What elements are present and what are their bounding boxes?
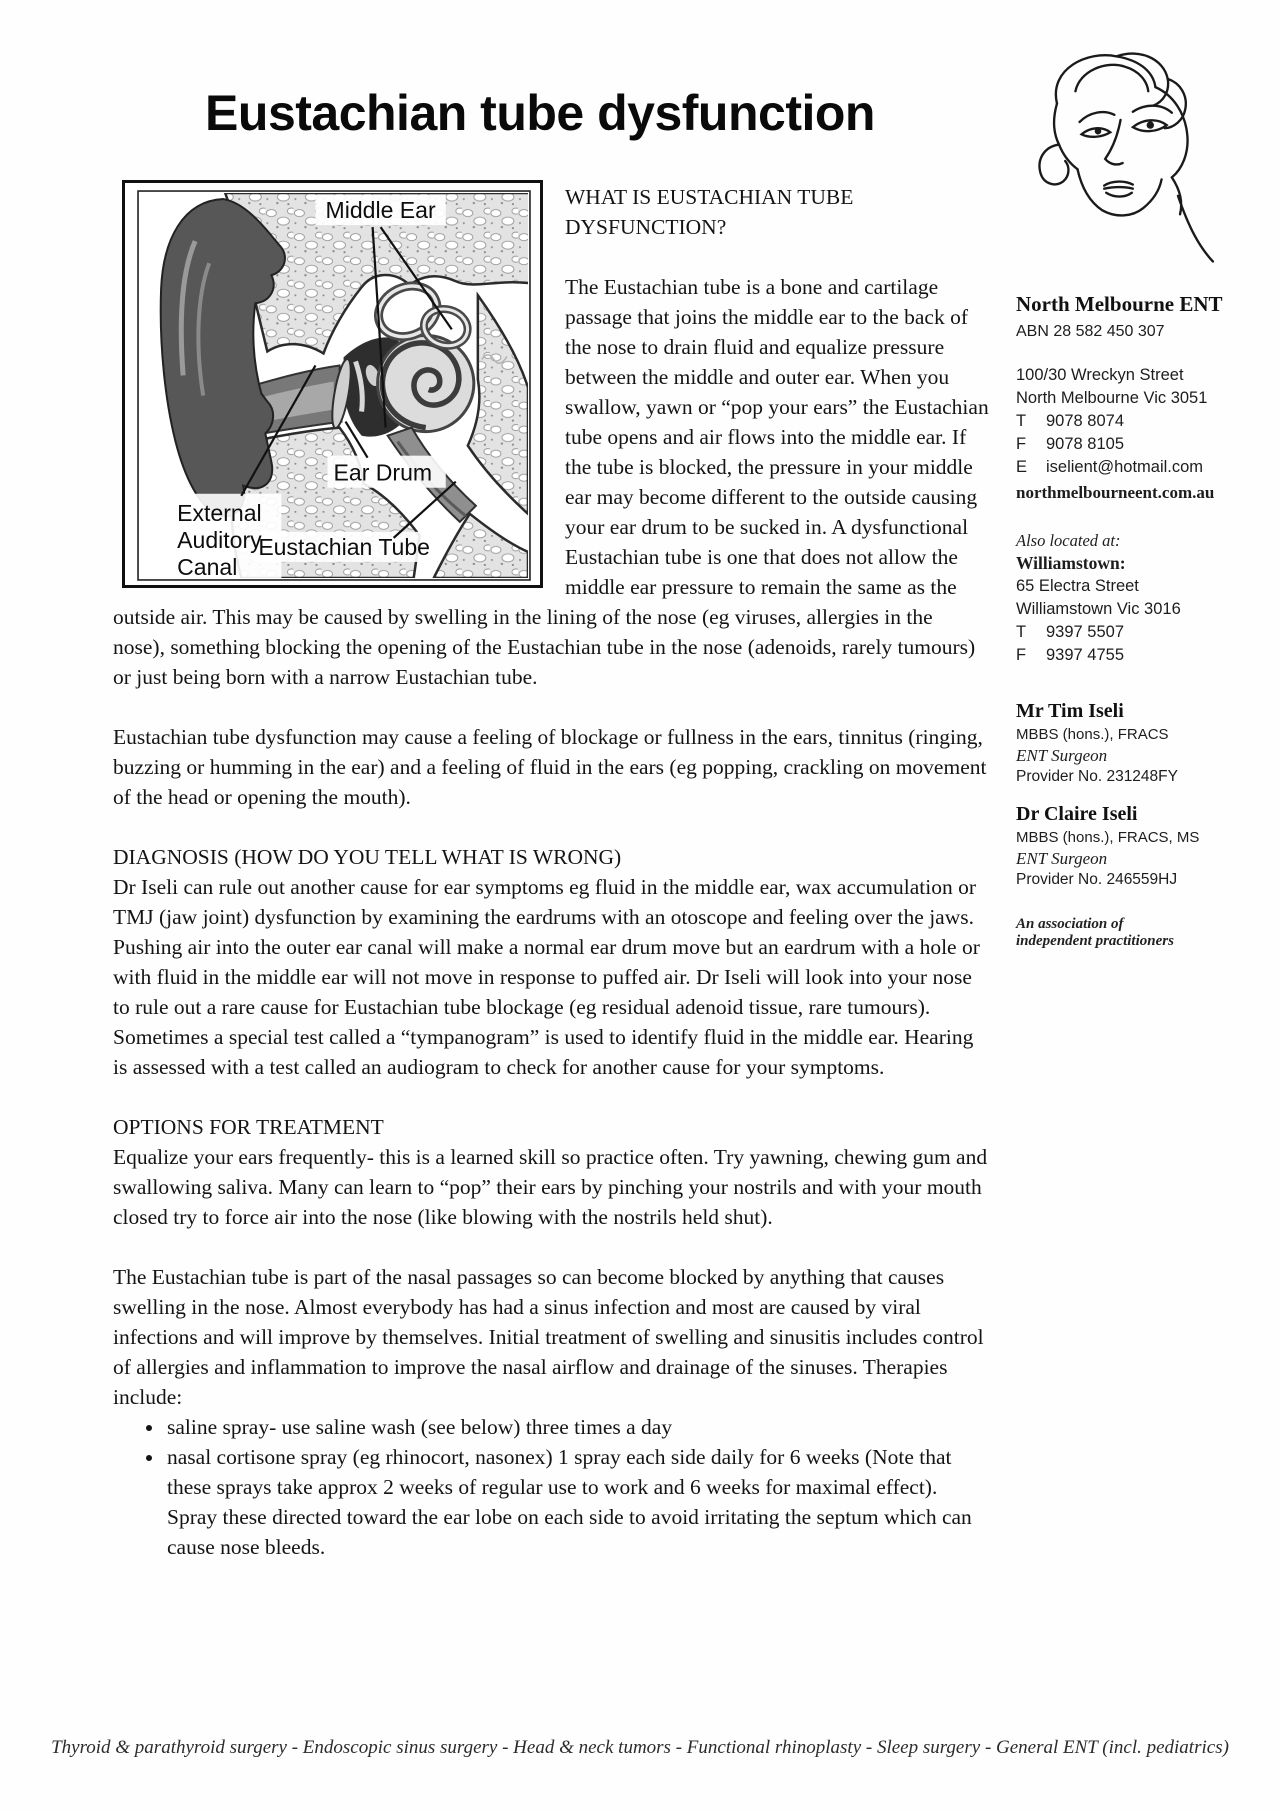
page-title: Eustachian tube dysfunction xyxy=(100,86,980,140)
ear-diagram-figure: Middle Ear Ear Drum External Auditory Ca… xyxy=(122,180,543,588)
doctor-card-claire-iseli: Dr Claire Iseli MBBS (hons.), FRACS, MS … xyxy=(1016,802,1234,890)
paragraph-treatment-2: The Eustachian tube is part of the nasal… xyxy=(113,1262,989,1412)
footer-services-line: Thyroid & parathyroid surgery - Endoscop… xyxy=(0,1737,1280,1759)
phone-label: T xyxy=(1016,410,1046,433)
label-auditory: Auditory xyxy=(177,527,262,553)
phone-row: T 9397 5507 xyxy=(1016,621,1234,644)
paragraph-treatment-1: Equalize your ears frequently- this is a… xyxy=(113,1142,989,1232)
fax-number: 9397 4755 xyxy=(1046,644,1124,667)
doctor-qualifications: MBBS (hons.), FRACS xyxy=(1016,724,1234,745)
address-line: 65 Electra Street xyxy=(1016,575,1234,598)
label-external: External xyxy=(177,500,262,526)
association-line: independent practitioners xyxy=(1016,933,1234,950)
phone-number: 9397 5507 xyxy=(1046,621,1124,644)
website-url: northmelbourneent.com.au xyxy=(1016,481,1234,505)
bullet-item: saline spray- use saline wash (see below… xyxy=(165,1412,989,1442)
temporal-bone-right xyxy=(468,295,528,514)
address-line: North Melbourne Vic 3051 xyxy=(1016,387,1234,410)
pinna-shape xyxy=(161,199,285,516)
doctor-name: Dr Claire Iseli xyxy=(1016,802,1234,827)
fax-row: F 9078 8105 xyxy=(1016,433,1234,456)
doctor-role: ENT Surgeon xyxy=(1016,848,1234,869)
doctor-provider-number: Provider No. 246559HJ xyxy=(1016,869,1234,890)
heading-treatment: OPTIONS FOR TREATMENT xyxy=(113,1112,989,1142)
second-location-block: Williamstown: 65 Electra Street Williams… xyxy=(1016,552,1234,667)
doctor-name: Mr Tim Iseli xyxy=(1016,699,1234,724)
fax-row: F 9397 4755 xyxy=(1016,644,1234,667)
address-line: Williamstown Vic 3016 xyxy=(1016,598,1234,621)
label-ear-drum: Ear Drum xyxy=(334,460,433,486)
doctor-qualifications: MBBS (hons.), FRACS, MS xyxy=(1016,827,1234,848)
temporal-bone-lower-right xyxy=(434,514,528,578)
document-page: Eustachian tube dysfunction xyxy=(0,0,1280,1810)
paragraph-diagnosis: Dr Iseli can rule out another cause for … xyxy=(113,872,989,1082)
phone-number: 9078 8074 xyxy=(1046,410,1124,433)
fax-label: F xyxy=(1016,644,1046,667)
doctor-card-tim-iseli: Mr Tim Iseli MBBS (hons.), FRACS ENT Sur… xyxy=(1016,699,1234,787)
fax-number: 9078 8105 xyxy=(1046,433,1124,456)
practice-face-logo xyxy=(1018,42,1218,274)
doctor-role: ENT Surgeon xyxy=(1016,745,1234,766)
label-middle-ear: Middle Ear xyxy=(326,197,436,223)
also-located-label: Also located at: xyxy=(1016,529,1234,552)
association-note: An association of independent practition… xyxy=(1016,916,1234,950)
email-label: E xyxy=(1016,456,1046,479)
phone-row: T 9078 8074 xyxy=(1016,410,1234,433)
practice-name: North Melbourne ENT xyxy=(1016,292,1234,317)
treatment-bullet-list: saline spray- use saline wash (see below… xyxy=(113,1412,989,1562)
label-eustachian-tube: Eustachian Tube xyxy=(258,534,430,560)
paragraph-symptoms: Eustachian tube dysfunction may cause a … xyxy=(113,722,989,812)
ear-anatomy-diagram: Middle Ear Ear Drum External Auditory Ca… xyxy=(125,183,540,585)
fax-label: F xyxy=(1016,433,1046,456)
association-line: An association of xyxy=(1016,916,1234,933)
location2-name: Williamstown: xyxy=(1016,552,1234,575)
contact-sidebar: North Melbourne ENT ABN 28 582 450 307 1… xyxy=(1016,292,1234,950)
bullet-item: nasal cortisone spray (eg rhinocort, nas… xyxy=(165,1442,989,1562)
phone-label: T xyxy=(1016,621,1046,644)
main-location-block: 100/30 Wreckyn Street North Melbourne Vi… xyxy=(1016,364,1234,505)
email-row: E iselient@hotmail.com xyxy=(1016,456,1234,479)
heading-diagnosis: DIAGNOSIS (HOW DO YOU TELL WHAT IS WRONG… xyxy=(113,842,989,872)
practice-abn: ABN 28 582 450 307 xyxy=(1016,321,1234,342)
face-logo-drawing xyxy=(1018,42,1218,273)
email-address: iselient@hotmail.com xyxy=(1046,456,1203,479)
address-line: 100/30 Wreckyn Street xyxy=(1016,364,1234,387)
doctor-provider-number: Provider No. 231248FY xyxy=(1016,766,1234,787)
label-canal: Canal xyxy=(177,554,237,580)
article-body: Middle Ear Ear Drum External Auditory Ca… xyxy=(113,180,989,1562)
